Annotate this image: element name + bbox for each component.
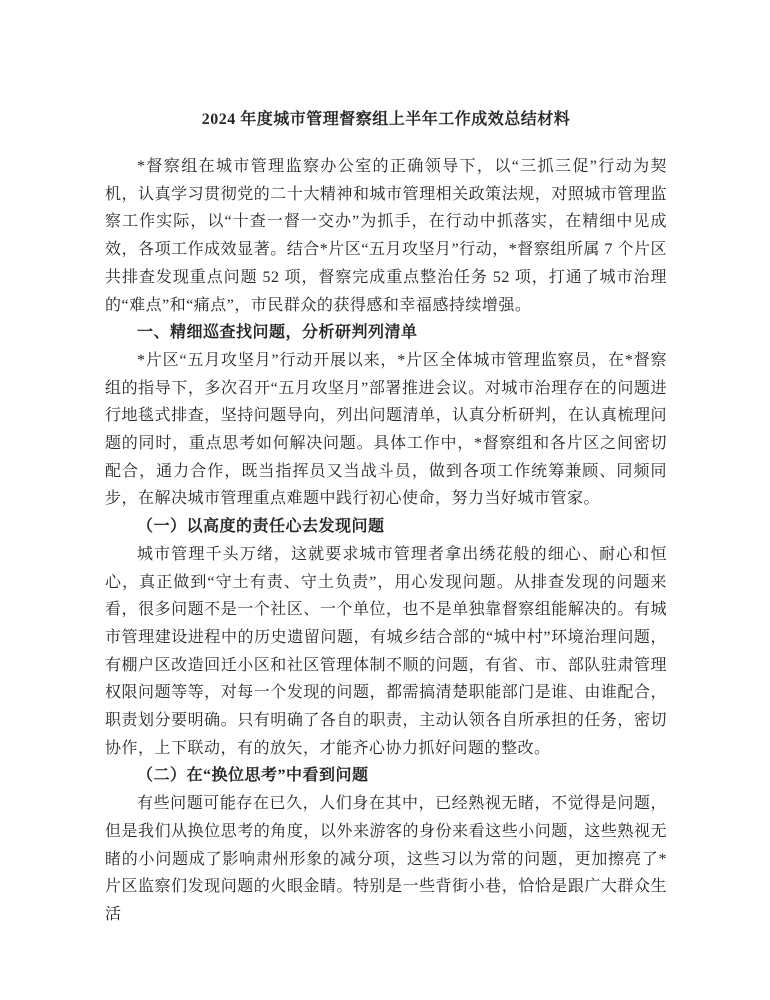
- paragraph-subsection-1-1: 城市管理千头万绪，这就要求城市管理者拿出绣花般的细心、耐心和恒心，真正做到“守土…: [105, 541, 667, 763]
- document-page: 2024 年度城市管理督察组上半年工作成效总结材料 *督察组在城市管理监察办公室…: [0, 0, 770, 1000]
- document-title: 2024 年度城市管理督察组上半年工作成效总结材料: [105, 106, 667, 134]
- subsection-heading-1-1: （一）以高度的责任心去发现问题: [105, 513, 667, 541]
- paragraph-intro: *督察组在城市管理监察办公室的正确领导下，以“三抓三促”行动为契机，认真学习贯彻…: [105, 153, 667, 319]
- subsection-heading-1-2: （二）在“换位思考”中看到问题: [105, 762, 667, 790]
- paragraph-section-1: *片区“五月攻坚月”行动开展以来，*片区全体城市管理监察员，在*督察组的指导下，…: [105, 347, 667, 513]
- paragraph-subsection-1-2: 有些问题可能存在已久，人们身在其中，已经熟视无睹，不觉得是问题，但是我们从换位思…: [105, 790, 667, 929]
- section-heading-1: 一、精细巡查找问题，分析研判列清单: [105, 319, 667, 347]
